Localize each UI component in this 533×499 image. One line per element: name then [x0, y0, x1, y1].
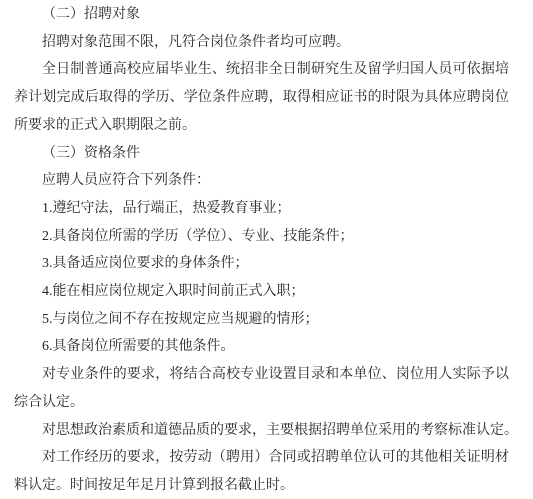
section-heading-recruitment-target: （二）招聘对象: [14, 1, 509, 29]
paragraph-political-moral-requirement: 对思想政治素质和道德品质的要求，主要根据招聘单位采用的考察标准认定。: [14, 417, 509, 445]
list-item-condition-2: 2.具备岗位所需的学历（学位）、专业、技能条件；: [14, 223, 509, 251]
paragraph-major-requirement: 对专业条件的要求，将结合高校专业设置目录和本单位、岗位用人实际予以综合认定。: [14, 361, 509, 416]
list-item-condition-5: 5.与岗位之间不存在按规定应当规避的情形；: [14, 306, 509, 334]
list-item-condition-6: 6.具备岗位所需要的其他条件。: [14, 333, 509, 361]
paragraph-recruitment-scope: 招聘对象范围不限，凡符合岗位条件者均可应聘。: [14, 29, 509, 57]
paragraph-conditions-intro: 应聘人员应符合下列条件：: [14, 167, 509, 195]
paragraph-work-experience-requirement: 对工作经历的要求，按劳动（聘用）合同或招聘单位认可的其他相关证明材料认定。时间按…: [14, 444, 509, 499]
section-heading-qualification-conditions: （三）资格条件: [14, 140, 509, 168]
list-item-condition-1: 1.遵纪守法，品行端正，热爱教育事业；: [14, 195, 509, 223]
document-page: （二）招聘对象 招聘对象范围不限，凡符合岗位条件者均可应聘。 全日制普通高校应届…: [0, 0, 533, 499]
paragraph-graduates-eligibility: 全日制普通高校应届毕业生、统招非全日制研究生及留学归国人员可依据培养计划完成后取…: [14, 56, 509, 139]
list-item-condition-4: 4.能在相应岗位规定入职时间前正式入职；: [14, 278, 509, 306]
list-item-condition-3: 3.具备适应岗位要求的身体条件；: [14, 250, 509, 278]
